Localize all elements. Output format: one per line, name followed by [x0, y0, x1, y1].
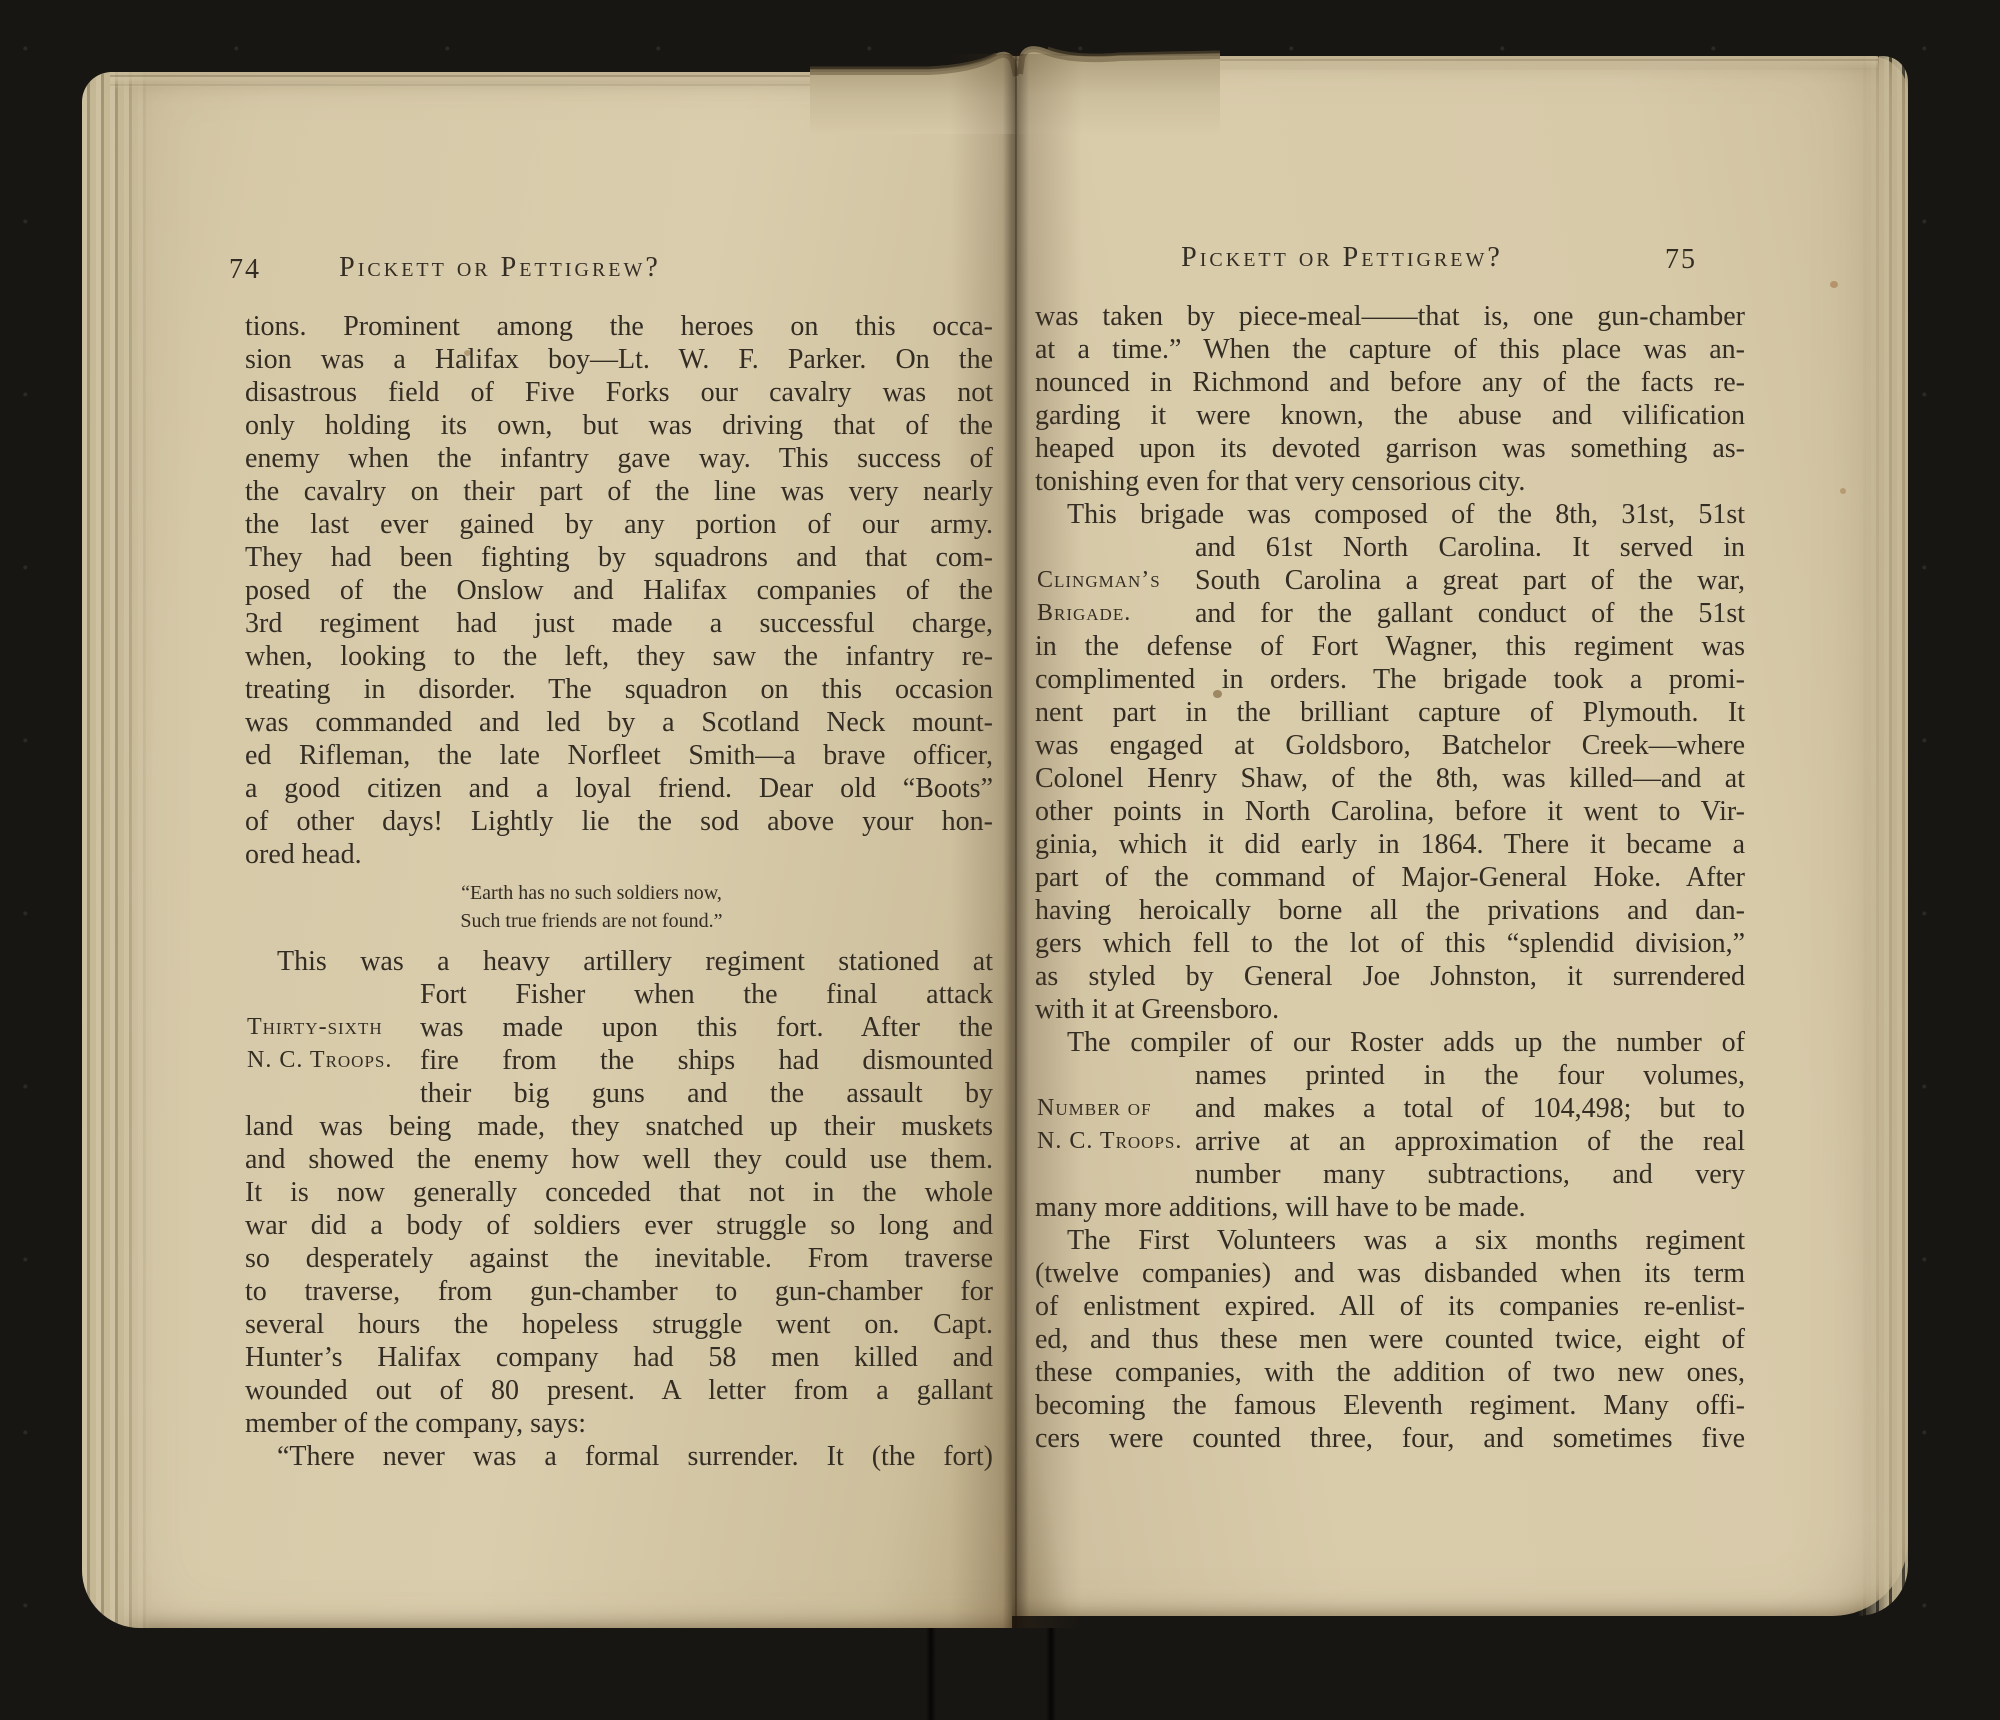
- text-line: the cavalry on their part of the line wa…: [245, 475, 993, 508]
- text-line-content: posed of the Onslow and Halifax companie…: [245, 575, 993, 606]
- text-line-content: Fort Fisher when the final attack: [420, 979, 993, 1010]
- text-line-content: at a time.” When the capture of this pla…: [1035, 334, 1745, 365]
- text-line: ginia, which it did early in 1864. There…: [1035, 828, 1745, 861]
- text-line: Number ofand makes a total of 104,498; b…: [1035, 1092, 1745, 1125]
- text-line: when, looking to the left, they saw the …: [245, 640, 993, 673]
- text-line: member of the company, says:: [245, 1407, 993, 1440]
- text-line-content: treating in disorder. The squadron on th…: [245, 674, 993, 705]
- text-line-content: to traverse, from gun-chamber to gun-cha…: [245, 1276, 993, 1307]
- text-line: It is now generally conceded that not in…: [245, 1176, 993, 1209]
- text-line-content: only holding its own, but was driving th…: [245, 410, 993, 441]
- text-line-content: and makes a total of 104,498; but to: [1195, 1093, 1745, 1124]
- text-line: names printed in the four volumes,: [1035, 1059, 1745, 1092]
- text-line: these companies, with the addition of tw…: [1035, 1356, 1745, 1389]
- text-line-content: enemy when the infantry gave way. This s…: [245, 443, 993, 474]
- text-line-content: sion was a Halifax boy—Lt. W. F. Parker.…: [245, 344, 993, 375]
- text-line-content: other points in North Carolina, before i…: [1035, 796, 1745, 827]
- text-line-content: Such true friends are not found.”: [460, 910, 722, 932]
- text-line-content: of enlistment expired. All of its compan…: [1035, 1291, 1745, 1322]
- text-line: at a time.” When the capture of this pla…: [1035, 333, 1745, 366]
- text-line-content: This was a heavy artillery regiment stat…: [277, 946, 993, 977]
- text-line-content: a good citizen and a loyal friend. Dear …: [245, 773, 993, 804]
- text-line: to traverse, from gun-chamber to gun-cha…: [245, 1275, 993, 1308]
- left-page-header: 74 Pickett or Pettigrew?: [245, 250, 993, 286]
- text-line: They had been fighting by squadrons and …: [245, 541, 993, 574]
- text-line: Hunter’s Halifax company had 58 men kill…: [245, 1341, 993, 1374]
- text-line: heaped upon its devoted garrison was som…: [1035, 432, 1745, 465]
- text-line: land was being made, they snatched up th…: [245, 1110, 993, 1143]
- text-line: gers which fell to the lot of this “sple…: [1035, 927, 1745, 960]
- text-line: was engaged at Goldsboro, Batchelor Cree…: [1035, 729, 1745, 762]
- running-title: Pickett or Pettigrew?: [339, 250, 661, 286]
- text-line: nent part in the brilliant capture of Pl…: [1035, 696, 1745, 729]
- text-line-content: in the defense of Fort Wagner, this regi…: [1035, 631, 1745, 662]
- text-line-content: names printed in the four volumes,: [1195, 1060, 1745, 1091]
- sidenote-label: N. C. Troops.: [247, 1044, 392, 1077]
- text-line-content: as styled by General Joe Johnston, it su…: [1035, 961, 1745, 992]
- text-line-content: The compiler of our Roster adds up the n…: [1067, 1027, 1745, 1058]
- text-line: The First Volunteers was a six months re…: [1035, 1224, 1745, 1257]
- page-number: 74: [229, 252, 261, 288]
- text-line: several hours the hopeless struggle went…: [245, 1308, 993, 1341]
- text-line: garding it were known, the abuse and vil…: [1035, 399, 1745, 432]
- text-line: Colonel Henry Shaw, of the 8th, was kill…: [1035, 762, 1745, 795]
- text-line-content: ored head.: [245, 839, 362, 870]
- text-line-content: was made upon this fort. After the: [420, 1012, 993, 1043]
- text-line: (twelve companies) and was disbanded whe…: [1035, 1257, 1745, 1290]
- text-line-content: when, looking to the left, they saw the …: [245, 641, 993, 672]
- sidenote-label: Brigade.: [1037, 597, 1131, 630]
- sidenote-label: N. C. Troops.: [1037, 1125, 1182, 1158]
- sidenote-label: Thirty-sixth: [247, 1011, 383, 1044]
- text-line-content: 3rd regiment had just made a successful …: [245, 608, 993, 639]
- text-line: treating in disorder. The squadron on th…: [245, 673, 993, 706]
- text-line: of other days! Lightly lie the sod above…: [245, 805, 993, 838]
- text-line-content: of other days! Lightly lie the sod above…: [245, 806, 993, 837]
- text-line: having heroically borne all the privatio…: [1035, 894, 1745, 927]
- text-line-content: tions. Prominent among the heroes on thi…: [245, 311, 993, 342]
- text-line: sion was a Halifax boy—Lt. W. F. Parker.…: [245, 343, 993, 376]
- text-line-content: disastrous field of Five Forks our caval…: [245, 377, 993, 408]
- text-line-content: cers were counted three, four, and somet…: [1035, 1423, 1745, 1454]
- text-line: ored head.: [245, 838, 993, 871]
- cover-stitch-seam: [1046, 1628, 1056, 1720]
- text-line: wounded out of 80 present. A letter from…: [245, 1374, 993, 1407]
- text-line-content: the cavalry on their part of the line wa…: [245, 476, 993, 507]
- text-line: of enlistment expired. All of its compan…: [1035, 1290, 1745, 1323]
- text-line: number many subtractions, and very: [1035, 1158, 1745, 1191]
- text-line-content: They had been fighting by squadrons and …: [245, 542, 993, 573]
- text-line-content: was taken by piece-meal——that is, one gu…: [1035, 301, 1745, 332]
- text-line-content: was engaged at Goldsboro, Batchelor Cree…: [1035, 730, 1745, 761]
- text-line: tonishing even for that very censorious …: [1035, 465, 1745, 498]
- text-line: a good citizen and a loyal friend. Dear …: [245, 772, 993, 805]
- text-line: the last ever gained by any portion of o…: [245, 508, 993, 541]
- text-line-content: and showed the enemy how well they could…: [245, 1144, 993, 1175]
- text-line-content: becoming the famous Eleventh regiment. M…: [1035, 1390, 1745, 1421]
- text-line: part of the command of Major-General Hok…: [1035, 861, 1745, 894]
- text-line: war did a body of soldiers ever struggle…: [245, 1209, 993, 1242]
- text-line: complimented in orders. The brigade took…: [1035, 663, 1745, 696]
- left-page-text-column: 74 Pickett or Pettigrew? tions. Prominen…: [245, 250, 993, 1473]
- text-line: their big guns and the assault by: [245, 1077, 993, 1110]
- text-line-content: The First Volunteers was a six months re…: [1067, 1225, 1745, 1256]
- text-line: was taken by piece-meal——that is, one gu…: [1035, 300, 1745, 333]
- text-line: as styled by General Joe Johnston, it su…: [1035, 960, 1745, 993]
- right-page-body: was taken by piece-meal——that is, one gu…: [1035, 300, 1745, 1455]
- text-line: Brigade.and for the gallant conduct of t…: [1035, 597, 1745, 630]
- text-line-content: ginia, which it did early in 1864. There…: [1035, 829, 1745, 860]
- sidenote-label: Clingman’s: [1037, 564, 1161, 597]
- text-line-content: with it at Greensboro.: [1035, 994, 1279, 1025]
- text-line: and 61st North Carolina. It served in: [1035, 531, 1745, 564]
- text-line: This was a heavy artillery regiment stat…: [245, 945, 993, 978]
- text-line: becoming the famous Eleventh regiment. M…: [1035, 1389, 1745, 1422]
- text-line: was commanded and led by a Scotland Neck…: [245, 706, 993, 739]
- text-line: and showed the enemy how well they could…: [245, 1143, 993, 1176]
- text-line-content: several hours the hopeless struggle went…: [245, 1309, 993, 1340]
- text-line: 3rd regiment had just made a successful …: [245, 607, 993, 640]
- text-line: other points in North Carolina, before i…: [1035, 795, 1745, 828]
- text-line-content: part of the command of Major-General Hok…: [1035, 862, 1745, 893]
- text-line: enemy when the infantry gave way. This s…: [245, 442, 993, 475]
- text-line: Fort Fisher when the final attack: [245, 978, 993, 1011]
- text-line-content: “There never was a formal surrender. It …: [277, 1441, 993, 1472]
- text-line-content: war did a body of soldiers ever struggle…: [245, 1210, 993, 1241]
- text-line: with it at Greensboro.: [1035, 993, 1745, 1026]
- text-line: Thirty-sixthwas made upon this fort. Aft…: [245, 1011, 993, 1044]
- text-line-content: and for the gallant conduct of the 51st: [1195, 598, 1745, 629]
- text-line-content: nent part in the brilliant capture of Pl…: [1035, 697, 1745, 728]
- left-page-body: tions. Prominent among the heroes on thi…: [245, 310, 993, 1473]
- text-line: nounced in Richmond and before any of th…: [1035, 366, 1745, 399]
- text-line-content: member of the company, says:: [245, 1408, 586, 1439]
- text-line-content: many more additions, will have to be mad…: [1035, 1192, 1526, 1223]
- text-line: Clingman’sSouth Carolina a great part of…: [1035, 564, 1745, 597]
- text-line: tions. Prominent among the heroes on thi…: [245, 310, 993, 343]
- text-line-content: the last ever gained by any portion of o…: [245, 509, 993, 540]
- text-line-content: Colonel Henry Shaw, of the 8th, was kill…: [1035, 763, 1745, 794]
- text-line-content: complimented in orders. The brigade took…: [1035, 664, 1745, 695]
- text-line: Such true friends are not found.”: [245, 907, 993, 935]
- text-line: N. C. Troops.fire from the ships had dis…: [245, 1044, 993, 1077]
- text-line-content: fire from the ships had dismounted: [420, 1045, 993, 1076]
- text-line-content: was commanded and led by a Scotland Neck…: [245, 707, 993, 738]
- text-line-content: This brigade was composed of the 8th, 31…: [1067, 499, 1745, 530]
- text-line-content: and 61st North Carolina. It served in: [1195, 532, 1745, 563]
- text-line: “There never was a formal surrender. It …: [245, 1440, 993, 1473]
- text-line-content: heaped upon its devoted garrison was som…: [1035, 433, 1745, 464]
- text-line-content: these companies, with the addition of tw…: [1035, 1357, 1745, 1388]
- sidenote-label: Number of: [1037, 1092, 1152, 1125]
- page-number: 75: [1665, 242, 1697, 278]
- text-line-content: arrive at an approximation of the real: [1195, 1126, 1745, 1157]
- text-line: N. C. Troops.arrive at an approximation …: [1035, 1125, 1745, 1158]
- text-line: This brigade was composed of the 8th, 31…: [1035, 498, 1745, 531]
- cover-stitch-seam: [926, 1628, 936, 1720]
- text-line-content: gers which fell to the lot of this “sple…: [1035, 928, 1745, 959]
- text-line: ed Rifleman, the late Norfleet Smith—a b…: [245, 739, 993, 772]
- text-line-content: It is now generally conceded that not in…: [245, 1177, 993, 1208]
- text-line-content: nounced in Richmond and before any of th…: [1035, 367, 1745, 398]
- text-line: ed, and thus these men were counted twic…: [1035, 1323, 1745, 1356]
- text-line: disastrous field of Five Forks our caval…: [245, 376, 993, 409]
- text-line-content: so desperately against the inevitable. F…: [245, 1243, 993, 1274]
- text-line: The compiler of our Roster adds up the n…: [1035, 1026, 1745, 1059]
- running-title: Pickett or Pettigrew?: [1181, 240, 1503, 276]
- text-line-content: South Carolina a great part of the war,: [1195, 565, 1745, 596]
- text-line: only holding its own, but was driving th…: [245, 409, 993, 442]
- text-line-content: (twelve companies) and was disbanded whe…: [1035, 1258, 1745, 1289]
- text-line-content: garding it were known, the abuse and vil…: [1035, 400, 1745, 431]
- text-line-content: number many subtractions, and very: [1195, 1159, 1745, 1190]
- text-line: cers were counted three, four, and somet…: [1035, 1422, 1745, 1455]
- text-line-content: land was being made, they snatched up th…: [245, 1111, 993, 1142]
- text-line-content: Hunter’s Halifax company had 58 men kill…: [245, 1342, 993, 1373]
- text-line: “Earth has no such soldiers now,: [245, 879, 993, 907]
- text-line-content: their big guns and the assault by: [420, 1078, 993, 1109]
- text-line-content: having heroically borne all the privatio…: [1035, 895, 1745, 926]
- photo-background: 74 Pickett or Pettigrew? tions. Prominen…: [0, 0, 2000, 1720]
- text-line-content: tonishing even for that very censorious …: [1035, 466, 1525, 497]
- text-line: many more additions, will have to be mad…: [1035, 1191, 1745, 1224]
- text-line-content: “Earth has no such soldiers now,: [461, 882, 722, 904]
- right-page-text-column: Pickett or Pettigrew? 75 was taken by pi…: [1035, 240, 1745, 1455]
- text-line: so desperately against the inevitable. F…: [245, 1242, 993, 1275]
- text-line: posed of the Onslow and Halifax companie…: [245, 574, 993, 607]
- text-line-content: wounded out of 80 present. A letter from…: [245, 1375, 993, 1406]
- text-line-content: ed, and thus these men were counted twic…: [1035, 1324, 1745, 1355]
- text-line: in the defense of Fort Wagner, this regi…: [1035, 630, 1745, 663]
- text-line-content: ed Rifleman, the late Norfleet Smith—a b…: [245, 740, 993, 771]
- right-page-header: Pickett or Pettigrew? 75: [1035, 240, 1745, 276]
